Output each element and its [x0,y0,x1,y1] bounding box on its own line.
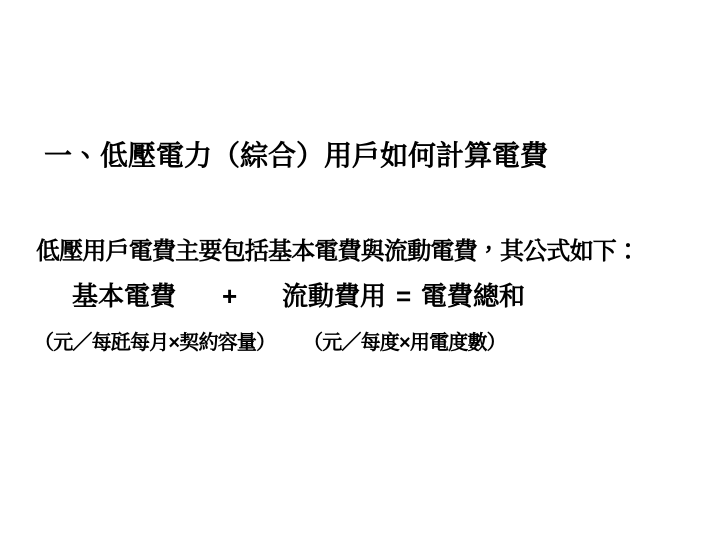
note-basic-fee-unit: （元／每瓩每月×契約容量） [34,331,275,355]
slide: 一、低壓電力（綜合）用戶如何計算電費 低壓用戶電費主要包括基本電費與流動電費，其… [0,0,720,540]
intro-text: 低壓用戶電費主要包括基本電費與流動電費，其公式如下： [36,238,639,267]
formula-row: 基本電費 + 流動費用 = 電費總和 [0,281,720,315]
formula-plus-operator: + [222,281,237,312]
formula-term-flow-fee: 流動費用 [282,281,386,312]
slide-title: 一、低壓電力（綜合）用戶如何計算電費 [44,139,548,173]
note-flow-fee-unit: （元／每度×用電度數） [303,331,506,355]
formula-result-total-fee: 電費總和 [421,281,525,312]
formula-term-basic-fee: 基本電費 [72,281,176,312]
formula-equals-operator: = [396,281,411,312]
formula-notes-row: （元／每瓩每月×契約容量） （元／每度×用電度數） [0,331,720,359]
